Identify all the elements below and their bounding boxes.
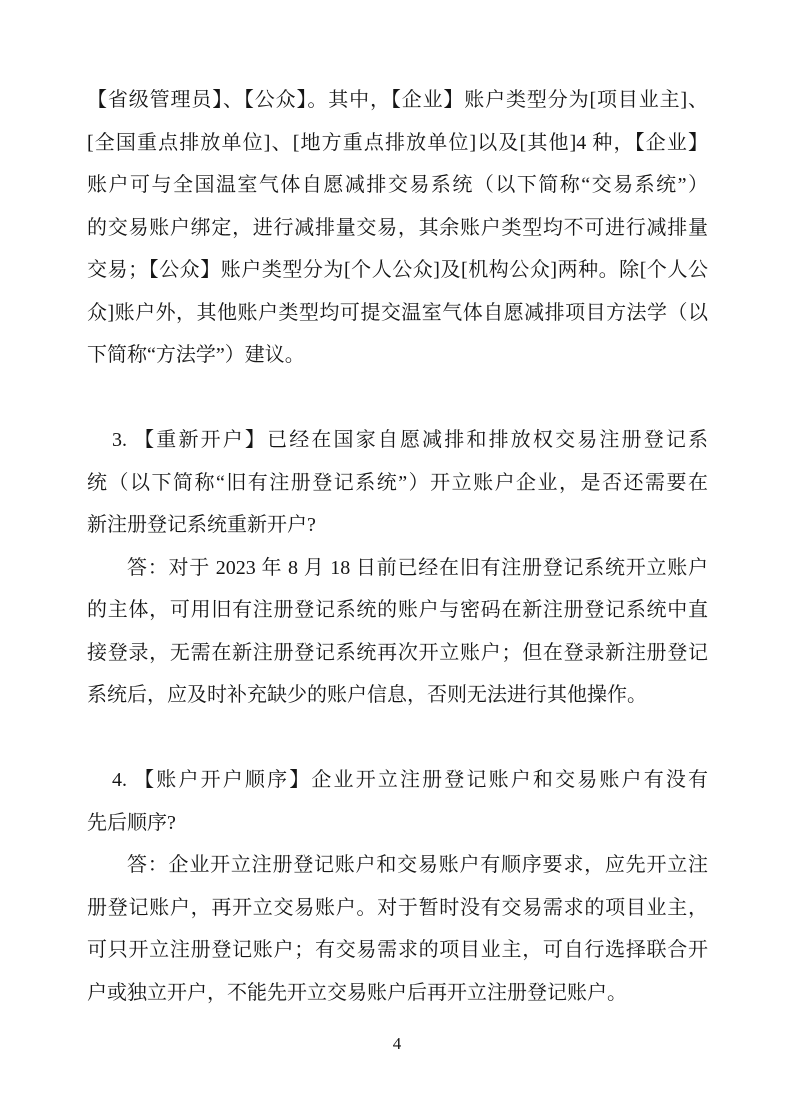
- paragraph-spacer: [87, 377, 708, 420]
- page-number: 4: [0, 1032, 794, 1056]
- text-line: [全国重点排放单位]、[地方重点排放单位]以及[其他]4 种，【企业】: [87, 122, 708, 165]
- text-line: 接登录，无需在新注册登记系统再次开立账户；但在登录新注册登记: [87, 632, 708, 675]
- text-line: 户或独立开户，不能先开立交易账户后再开立注册登记账户。: [87, 972, 708, 1015]
- paragraph-intro-continued: 【省级管理员】、【公众】。其中，【企业】账户类型分为[项目业主]、 [全国重点排…: [87, 79, 708, 377]
- text-line: 先后顺序?: [87, 802, 708, 845]
- text-line: 的交易账户绑定，进行减排量交易，其余账户类型均不可进行减排量: [87, 207, 708, 250]
- answer-4: 答：企业开立注册登记账户和交易账户有顺序要求，应先开立注 册登记账户，再开立交易…: [87, 844, 708, 1014]
- text-line: 的主体，可用旧有注册登记系统的账户与密码在新注册登记系统中直: [87, 589, 708, 632]
- text-line: 册登记账户，再开立交易账户。对于暂时没有交易需求的项目业主，: [87, 887, 708, 930]
- text-line: 交易；【公众】账户类型分为[个人公众]及[机构公众]两种。除[个人公: [87, 249, 708, 292]
- text-line: 【省级管理员】、【公众】。其中，【企业】账户类型分为[项目业主]、: [87, 79, 708, 122]
- text-line: 统（以下简称“旧有注册登记系统”）开立账户企业，是否还需要在: [87, 462, 708, 505]
- text-line: 众]账户外，其他账户类型均可提交温室气体自愿减排项目方法学（以: [87, 292, 708, 335]
- text-line: 下简称“方法学”）建议。: [87, 334, 708, 377]
- text-line: 答：企业开立注册登记账户和交易账户有顺序要求，应先开立注: [87, 844, 708, 887]
- text-line: 新注册登记系统重新开户?: [87, 504, 708, 547]
- answer-3: 答：对于 2023 年 8 月 18 日前已经在旧有注册登记系统开立账户 的主体…: [87, 547, 708, 717]
- question-4: 4. 【账户开户顺序】企业开立注册登记账户和交易账户有没有 先后顺序?: [87, 759, 708, 844]
- text-line: 账户可与全国温室气体自愿减排交易系统（以下简称“交易系统”）: [87, 164, 708, 207]
- text-line: 答：对于 2023 年 8 月 18 日前已经在旧有注册登记系统开立账户: [87, 547, 708, 590]
- text-line: 4. 【账户开户顺序】企业开立注册登记账户和交易账户有没有: [87, 759, 708, 802]
- paragraph-spacer: [87, 717, 708, 760]
- page-body: 【省级管理员】、【公众】。其中，【企业】账户类型分为[项目业主]、 [全国重点排…: [87, 79, 708, 1014]
- text-line: 系统后，应及时补充缺少的账户信息，否则无法进行其他操作。: [87, 674, 708, 717]
- question-3: 3. 【重新开户】已经在国家自愿减排和排放权交易注册登记系 统（以下简称“旧有注…: [87, 419, 708, 547]
- text-line: 可只开立注册登记账户；有交易需求的项目业主，可自行选择联合开: [87, 929, 708, 972]
- document-page: 【省级管理员】、【公众】。其中，【企业】账户类型分为[项目业主]、 [全国重点排…: [0, 0, 794, 1120]
- text-line: 3. 【重新开户】已经在国家自愿减排和排放权交易注册登记系: [87, 419, 708, 462]
